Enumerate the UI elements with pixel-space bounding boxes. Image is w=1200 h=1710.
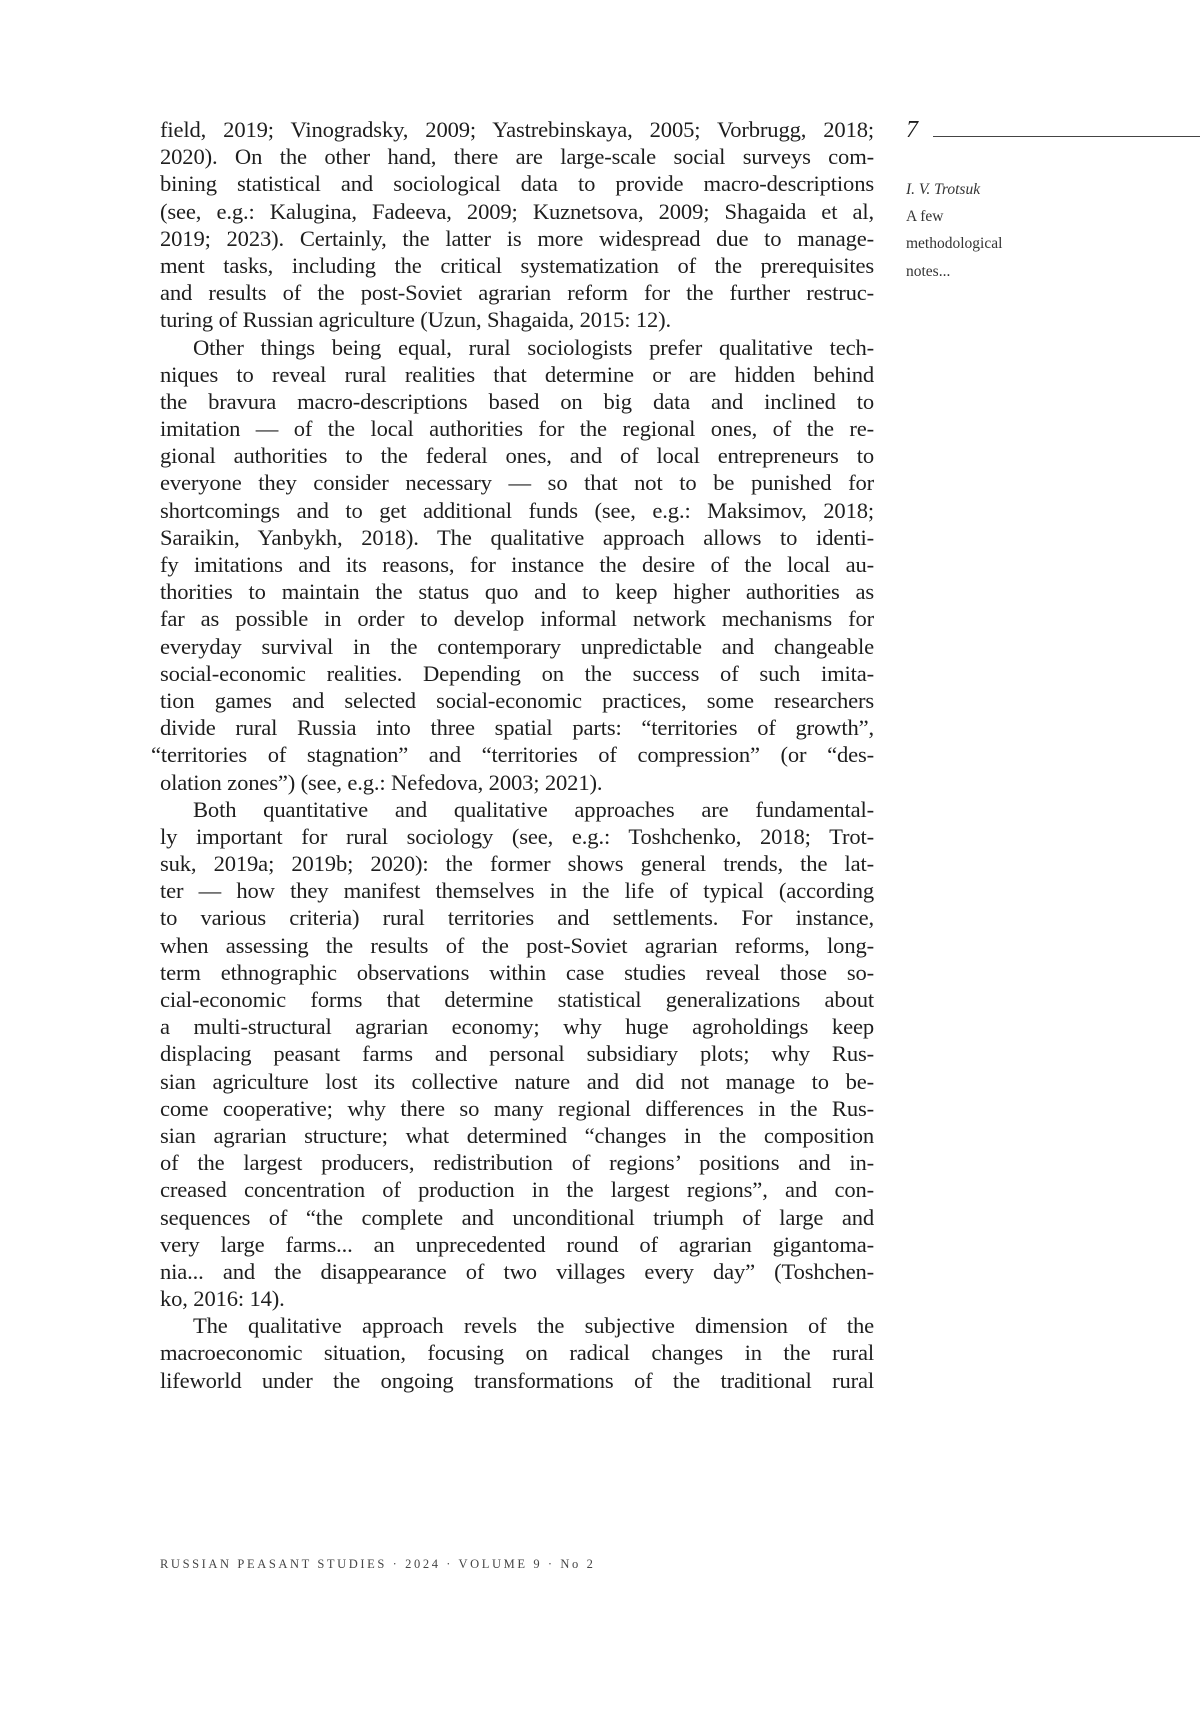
text-line: The qualitative approach revels the subj… <box>160 1312 874 1339</box>
running-author: I. V. Trotsuk <box>906 176 1086 203</box>
text-line: tion games and selected social-economic … <box>160 687 874 714</box>
running-title-line: notes... <box>906 258 1086 285</box>
text-line: come cooperative; why there so many regi… <box>160 1095 874 1122</box>
text-line: Saraikin, Yanbykh, 2018). The qualitativ… <box>160 524 874 551</box>
text-line: macroeconomic situation, focusing on rad… <box>160 1339 874 1366</box>
header-rule <box>933 136 1200 137</box>
journal-page: 7 I. V. Trotsuk A few methodological not… <box>0 0 1200 1710</box>
text-line: “territories of stagnation” and “territo… <box>151 741 874 768</box>
text-line: and results of the post-Soviet agrarian … <box>160 279 874 306</box>
running-title-line: A few <box>906 203 1086 230</box>
text-line: to various criteria) rural territories a… <box>160 904 874 931</box>
text-line: Both quantitative and qualitative approa… <box>160 796 874 823</box>
text-line: turing of Russian agriculture (Uzun, Sha… <box>160 306 874 333</box>
text-line: social-economic realities. Depending on … <box>160 660 874 687</box>
text-line: sian agriculture lost its collective nat… <box>160 1068 874 1095</box>
article-body: field, 2019; Vinogradsky, 2009; Yastrebi… <box>160 116 874 1394</box>
journal-footer: RUSSIAN PEASANT STUDIES · 2024 · VOLUME … <box>160 1557 595 1572</box>
text-line: field, 2019; Vinogradsky, 2009; Yastrebi… <box>160 116 874 143</box>
text-line: 2019; 2023). Certainly, the latter is mo… <box>160 225 874 252</box>
text-line: sian agrarian structure; what determined… <box>160 1122 874 1149</box>
text-line: cial-economic forms that determine stati… <box>160 986 874 1013</box>
text-line: ko, 2016: 14). <box>160 1285 874 1312</box>
text-line: bining statistical and sociological data… <box>160 170 874 197</box>
text-line: creased concentration of production in t… <box>160 1176 874 1203</box>
text-line: 2020). On the other hand, there are larg… <box>160 143 874 170</box>
text-line: olation zones”) (see, e.g.: Nefedova, 20… <box>160 769 874 796</box>
text-line: Other things being equal, rural sociolog… <box>160 334 874 361</box>
text-line: gional authorities to the federal ones, … <box>160 442 874 469</box>
text-line: lifeworld under the ongoing transformati… <box>160 1367 874 1394</box>
text-line: displacing peasant farms and personal su… <box>160 1040 874 1067</box>
text-line: (see, e.g.: Kalugina, Fadeeva, 2009; Kuz… <box>160 198 874 225</box>
text-line: the bravura macro-descriptions based on … <box>160 388 874 415</box>
text-line: suk, 2019a; 2019b; 2020): the former sho… <box>160 850 874 877</box>
text-line: when assessing the results of the post-S… <box>160 932 874 959</box>
page-number: 7 <box>906 116 918 144</box>
text-line: divide rural Russia into three spatial p… <box>160 714 874 741</box>
text-line: everyone they consider necessary — so th… <box>160 469 874 496</box>
running-title-line: methodological <box>906 230 1086 257</box>
text-line: ter — how they manifest themselves in th… <box>160 877 874 904</box>
text-line: everyday survival in the contemporary un… <box>160 633 874 660</box>
running-header: I. V. Trotsuk A few methodological notes… <box>906 176 1086 285</box>
text-line: imitation — of the local authorities for… <box>160 415 874 442</box>
text-line: term ethnographic observations within ca… <box>160 959 874 986</box>
text-line: nia... and the disappearance of two vill… <box>160 1258 874 1285</box>
text-line: sequences of “the complete and unconditi… <box>160 1204 874 1231</box>
text-line: far as possible in order to develop info… <box>160 605 874 632</box>
text-line: shortcomings and to get additional funds… <box>160 497 874 524</box>
text-line: ment tasks, including the critical syste… <box>160 252 874 279</box>
text-line: thorities to maintain the status quo and… <box>160 578 874 605</box>
text-line: ly important for rural sociology (see, e… <box>160 823 874 850</box>
text-line: fy imitations and its reasons, for insta… <box>160 551 874 578</box>
text-line: of the largest producers, redistribution… <box>160 1149 874 1176</box>
text-line: niques to reveal rural realities that de… <box>160 361 874 388</box>
text-line: very large farms... an unprecedented rou… <box>160 1231 874 1258</box>
text-line: a multi-structural agrarian economy; why… <box>160 1013 874 1040</box>
